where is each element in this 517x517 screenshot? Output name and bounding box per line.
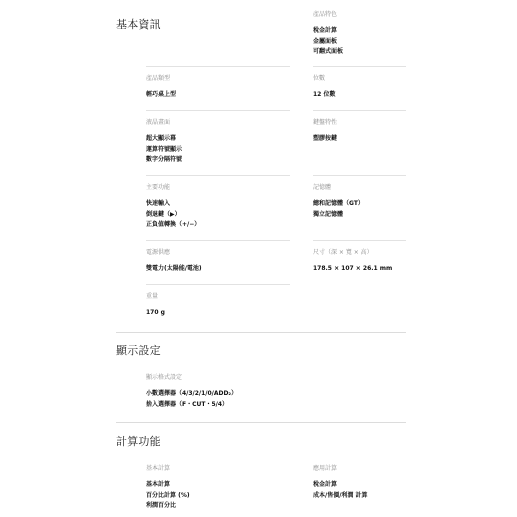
spec-value: 170 g	[146, 308, 290, 319]
spec-label: 應用計算	[313, 465, 406, 473]
spec-value: 超大顯示幕	[146, 134, 290, 145]
spec-values: 塑膠按鍵	[313, 134, 406, 145]
spec-value: 快速輸入	[146, 199, 290, 210]
spec-product-features: 產品特色 稅金計算 金屬面板 可翻式面板	[313, 11, 406, 58]
spec-values: 12 位數	[313, 90, 406, 101]
spec-values: 稅金計算 成本/售價/利潤 計算	[313, 480, 406, 501]
spec-value: 可翻式面板	[313, 47, 406, 58]
section-title-basic-info: 基本資訊	[116, 16, 161, 32]
spec-value: 倒退鍵（▶）	[146, 210, 290, 221]
spec-display-format: 顯示格式設定 小數選擇器（4/3/2/1/0/ADD₂） 捨入選擇器（F・CUT…	[146, 374, 290, 410]
spec-dimensions: 尺寸（深 × 寬 × 高） 178.5 × 107 × 26.1 mm	[313, 240, 406, 275]
spec-applied-calculation: 應用計算 稅金計算 成本/售價/利潤 計算	[313, 465, 406, 501]
divider	[146, 284, 290, 285]
spec-label: 記憶體	[313, 184, 406, 192]
spec-label: 重量	[146, 293, 290, 301]
spec-values: 總和記憶體（GT） 獨立記憶體	[313, 199, 406, 220]
spec-values: 輕巧桌上型	[146, 90, 290, 101]
spec-values: 小數選擇器（4/3/2/1/0/ADD₂） 捨入選擇器（F・CUT・5/4）	[146, 389, 290, 410]
spec-keyboard-features: 鍵盤特性 塑膠按鍵	[313, 110, 406, 145]
spec-label: 產品特色	[313, 11, 406, 19]
divider	[146, 66, 290, 67]
divider	[146, 240, 290, 241]
spec-values: 超大顯示幕 運算符號顯示 數字分隔符號	[146, 134, 290, 166]
divider	[313, 240, 406, 241]
spec-value: 成本/售價/利潤 計算	[313, 491, 406, 502]
divider	[313, 110, 406, 111]
spec-value: 數字分隔符號	[146, 155, 290, 166]
spec-main-functions: 主要功能 快速輸入 倒退鍵（▶） 正負值轉換（+/−）	[146, 175, 290, 231]
divider	[313, 66, 406, 67]
spec-basic-calculation: 基本計算 基本計算 百分比計算 (%) 利潤百分比	[146, 465, 290, 512]
divider	[313, 175, 406, 176]
spec-memory: 記憶體 總和記憶體（GT） 獨立記憶體	[313, 175, 406, 220]
spec-value: 稅金計算	[313, 26, 406, 37]
section-divider	[116, 422, 406, 423]
spec-value: 利潤百分比	[146, 501, 290, 512]
spec-label: 產品類型	[146, 75, 290, 83]
spec-value: 稅金計算	[313, 480, 406, 491]
spec-value: 12 位數	[313, 90, 406, 101]
spec-label: 尺寸（深 × 寬 × 高）	[313, 249, 406, 257]
spec-values: 基本計算 百分比計算 (%) 利潤百分比	[146, 480, 290, 512]
divider	[146, 110, 290, 111]
spec-values: 稅金計算 金屬面板 可翻式面板	[313, 26, 406, 58]
spec-lcd-display: 液晶畫面 超大顯示幕 運算符號顯示 數字分隔符號	[146, 110, 290, 166]
spec-value: 正負值轉換（+/−）	[146, 220, 290, 231]
spec-value: 178.5 × 107 × 26.1 mm	[313, 264, 406, 275]
spec-value: 小數選擇器（4/3/2/1/0/ADD₂）	[146, 389, 290, 400]
spec-page: 基本資訊 產品特色 稅金計算 金屬面板 可翻式面板 產品類型 輕巧桌上型 位數 …	[0, 0, 517, 517]
spec-value: 獨立記憶體	[313, 210, 406, 221]
spec-label: 主要功能	[146, 184, 290, 192]
spec-label: 鍵盤特性	[313, 119, 406, 127]
spec-digits: 位數 12 位數	[313, 66, 406, 101]
spec-value: 總和記憶體（GT）	[313, 199, 406, 210]
spec-product-type: 產品類型 輕巧桌上型	[146, 66, 290, 101]
spec-label: 電源供應	[146, 249, 290, 257]
spec-power-supply: 電源供應 雙電力(太陽能/電池)	[146, 240, 290, 275]
spec-value: 基本計算	[146, 480, 290, 491]
spec-values: 178.5 × 107 × 26.1 mm	[313, 264, 406, 275]
divider	[146, 175, 290, 176]
spec-value: 運算符號顯示	[146, 145, 290, 156]
spec-value: 百分比計算 (%)	[146, 491, 290, 502]
spec-value: 捨入選擇器（F・CUT・5/4）	[146, 400, 290, 411]
spec-label: 基本計算	[146, 465, 290, 473]
spec-weight: 重量 170 g	[146, 284, 290, 319]
section-title-calculation-functions: 計算功能	[116, 433, 161, 449]
spec-label: 位數	[313, 75, 406, 83]
spec-value: 雙電力(太陽能/電池)	[146, 264, 290, 275]
spec-values: 快速輸入 倒退鍵（▶） 正負值轉換（+/−）	[146, 199, 290, 231]
spec-label: 顯示格式設定	[146, 374, 290, 382]
spec-values: 170 g	[146, 308, 290, 319]
section-divider	[116, 332, 406, 333]
spec-value: 塑膠按鍵	[313, 134, 406, 145]
spec-values: 雙電力(太陽能/電池)	[146, 264, 290, 275]
spec-value: 金屬面板	[313, 37, 406, 48]
section-title-display-settings: 顯示設定	[116, 342, 161, 358]
spec-label: 液晶畫面	[146, 119, 290, 127]
spec-value: 輕巧桌上型	[146, 90, 290, 101]
